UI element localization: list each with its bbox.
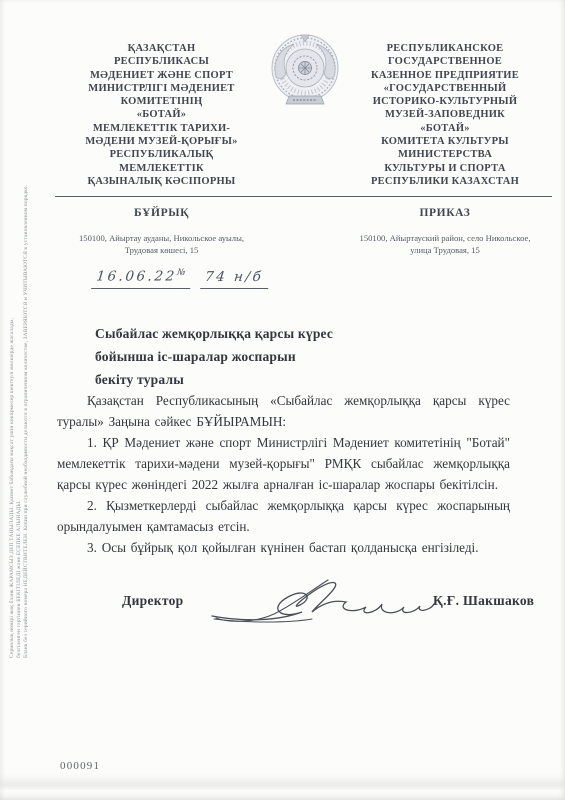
order-body: Қазақстан Республикасының «Сыбайлас жемқ… (57, 390, 510, 558)
doc-type-kazakh: БҰЙРЫҚ (58, 207, 265, 219)
margin-note-line-ru: Бланк без серийного номера НЕДЕЙСТВИТЕЛЕ… (23, 186, 30, 658)
kazakhstan-emblem-icon (268, 32, 342, 110)
signature-scribble (208, 574, 440, 632)
margin-security-note: Сериялық нөмірі жоқ бланк ЖАРАМСЫЗ ДЕП Т… (9, 186, 31, 658)
signatory-name: Қ.Ғ. Шакшаков (433, 593, 534, 609)
order-title: Сыбайлас жемқорлыққа қарсы күрес бойынша… (95, 322, 355, 391)
address-kazakh: 150100, Айыртау ауданы, Никольское ауылы… (58, 233, 265, 256)
scan-artifact-band (0, 774, 565, 790)
org-name-kazakh: ҚАЗАҚСТАН РЕСПУБЛИКАСЫ МӘДЕНИЕТ ЖӘНЕ СПО… (58, 42, 265, 188)
handwritten-date-line: 16.06.22№74 н/б (91, 268, 271, 294)
signatory-role: Директор (122, 593, 183, 609)
header-divider-rule (55, 196, 552, 197)
body-item-1: 1. ҚР Мәдениет және спорт Министрлігі Мә… (57, 432, 510, 495)
body-intro: Қазақстан Республикасының «Сыбайлас жемқ… (57, 390, 510, 432)
doc-type-russian: ПРИКАЗ (337, 207, 553, 219)
address-russian: 150100, Айыртауский район, село Никольск… (337, 233, 553, 256)
body-item-3: 3. Осы бұйрық қол қойылған күнінен баста… (57, 537, 510, 558)
number-sign: № (176, 268, 186, 278)
handwritten-date-group: 16.06.22№ (91, 268, 192, 289)
handwritten-date: 16.06.22 (96, 269, 178, 285)
scanned-order-document: Сериялық нөмірі жоқ бланк ЖАРАМСЫЗ ДЕП Т… (0, 0, 565, 800)
form-serial-number: 000091 (60, 760, 100, 772)
body-item-2: 2. Қызметкерлерді сыбайлас жемқорлыққа қ… (57, 495, 510, 537)
handwritten-number: 74 н/б (200, 269, 270, 289)
org-name-russian: РЕСПУБЛИКАНСКОЕ ГОСУДАРСТВЕННОЕ КАЗЕННОЕ… (337, 42, 553, 188)
